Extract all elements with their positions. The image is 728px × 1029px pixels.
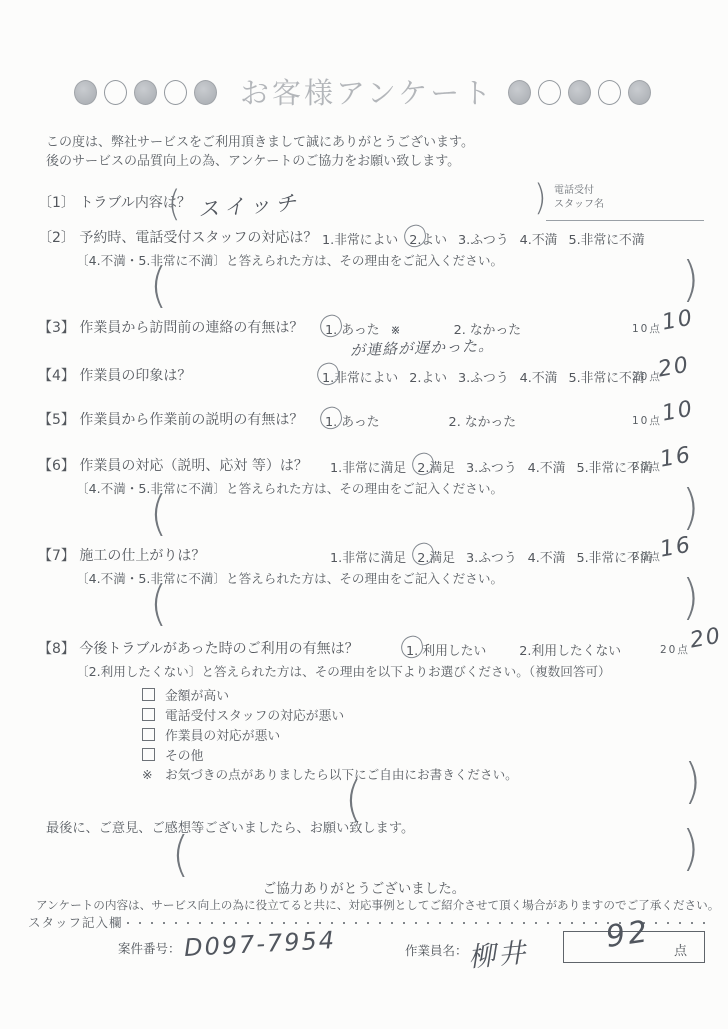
intro-line2: 後のサービスの品質向上の為、アンケートのご協力をお願い致します。 xyxy=(46,152,474,171)
q6-points-label: 20点 xyxy=(632,459,662,474)
q8-checkbox-row-4: その他 xyxy=(142,744,203,764)
q5-option-2: 2. なかった xyxy=(449,415,516,430)
dot-outline-icon xyxy=(598,80,621,105)
checkbox-icon xyxy=(142,748,155,761)
staff-name-line xyxy=(546,206,704,221)
q7-answer-open-paren: ( xyxy=(150,580,167,628)
q4-option-4: 4.不満 xyxy=(520,371,558,386)
dot-outline-icon xyxy=(104,80,127,105)
q7-text: 施工の仕上がりは？ xyxy=(79,548,205,564)
score-unit-label: 点 xyxy=(674,940,687,959)
q5-option-1-circled: 1. あった xyxy=(325,411,380,430)
disclaimer-text: アンケートの内容は、サービス向上の為に役立てると共に、対応事例としてご紹介させて… xyxy=(36,897,719,913)
q2-answer-open-paren: ( xyxy=(150,262,167,310)
q6-score-handwritten: 16 xyxy=(658,442,694,472)
worker-name-handwritten: 柳井 xyxy=(466,930,529,974)
q2-option-2-circled: 2.よい xyxy=(409,229,447,248)
q6-text: 作業員の対応（説明、応対 等）は？ xyxy=(79,458,307,474)
q4-options: 1.非常によい2.よい3.ふつう4.不満5.非常に不満 xyxy=(322,367,656,386)
staff-section-label: スタッフ記入欄 xyxy=(28,915,123,930)
checkbox-icon xyxy=(142,728,155,741)
q5-options: 1. あった2. なかった xyxy=(325,411,527,430)
q6-label: 【6】 作業員の対応（説明、応対 等）は？ xyxy=(38,455,308,475)
q8-number: 【8】 xyxy=(38,641,75,657)
q3-label: 【3】 作業員から訪問前の連絡の有無は？ xyxy=(38,317,303,337)
q3-number: 【3】 xyxy=(38,320,75,336)
dot-filled-icon xyxy=(74,80,97,105)
thanks-text: ご協力ありがとうございました。 xyxy=(0,877,728,897)
intro-line1: この度は、弊社サービスをご利用頂きまして誠にありがとうございます。 xyxy=(46,133,474,152)
q4-text: 作業員の印象は？ xyxy=(79,368,191,384)
q8-option-1-circled: 1. 利用したい xyxy=(406,640,486,659)
dot-filled-icon xyxy=(134,80,157,105)
q6-number: 【6】 xyxy=(38,458,75,474)
final-answer-close-paren: ) xyxy=(682,825,699,873)
q3-score-handwritten: 10 xyxy=(660,305,696,335)
q4-label: 【4】 作業員の印象は？ xyxy=(38,365,191,385)
q8-checkbox-label-2: 電話受付スタッフの対応が悪い xyxy=(165,709,344,724)
q3-options: 1. あった※2. なかった xyxy=(325,319,532,338)
intro-text: この度は、弊社サービスをご利用頂きまして誠にありがとうございます。 後のサービス… xyxy=(46,133,474,171)
q2-text: 予約時、電話受付スタッフの対応は？ xyxy=(79,230,317,246)
dot-filled-icon xyxy=(508,80,531,105)
case-number-label: 案件番号： xyxy=(118,939,181,957)
q6-option-3: 3.ふつう xyxy=(466,461,517,476)
survey-sheet: お客様アンケート この度は、弊社サービスをご利用頂きまして誠にありがとうございま… xyxy=(0,0,728,1029)
q8-points-label: 20点 xyxy=(660,642,690,657)
q8-checkbox-row-3: 作業員の対応が悪い xyxy=(142,724,280,744)
q6-option-4: 4.不満 xyxy=(528,461,566,476)
q7-answer-close-paren: ) xyxy=(682,574,699,622)
phone-reception-label: 電話受付 xyxy=(554,184,604,198)
q8-checkbox-label-4: その他 xyxy=(165,749,203,764)
q2-reason-note: 〔4.不満・5.非常に不満〕と答えられた方は、その理由をご記入ください。 xyxy=(76,250,503,269)
q8-score-handwritten: 20 xyxy=(688,623,724,653)
dot-outline-icon xyxy=(538,80,561,105)
q8-checkbox-row-1: 金額が高い xyxy=(142,684,229,704)
q6-reason-note: 〔4.不満・5.非常に不満〕と答えられた方は、その理由をご記入ください。 xyxy=(76,478,503,497)
q5-label: 【5】 作業員から作業前の説明の有無は？ xyxy=(38,409,303,429)
q7-reason-note: 〔4.不満・5.非常に不満〕と答えられた方は、その理由をご記入ください。 xyxy=(76,568,503,587)
q4-points-label: 20点 xyxy=(632,369,662,384)
dot-filled-icon xyxy=(194,80,217,105)
checkbox-icon xyxy=(142,688,155,701)
q2-option-1: 1.非常によい xyxy=(322,233,398,248)
q3-text: 作業員から訪問前の連絡の有無は？ xyxy=(79,320,303,336)
q2-answer-close-paren: ) xyxy=(682,256,699,304)
case-number-handwritten: D097-7954 xyxy=(183,926,336,962)
q6-answer-open-paren: ( xyxy=(150,490,167,538)
worker-name-label: 作業員名： xyxy=(405,941,468,959)
q6-options: 1.非常に満足2.満足3.ふつう4.不満5.非常に不満 xyxy=(330,457,664,476)
q3-points-label: 10点 xyxy=(632,321,662,336)
q4-option-2: 2.よい xyxy=(409,371,447,386)
q6-answer-close-paren: ) xyxy=(682,484,699,532)
q7-option-1: 1.非常に満足 xyxy=(330,551,406,566)
decor-dots-right xyxy=(508,80,651,105)
q5-points-label: 10点 xyxy=(632,413,662,428)
q8-reason-note: 〔2.利用したくない〕と答えられた方は、その理由を以下よりお選びください。（複数… xyxy=(76,661,611,680)
q1-side-paren: ) xyxy=(534,180,546,215)
q1-open-paren: ( xyxy=(168,186,180,221)
q3-option-1-circled: 1. あった xyxy=(325,319,380,338)
page-title: お客様アンケート xyxy=(240,71,494,112)
final-answer-open-paren: ( xyxy=(172,831,189,879)
q6-option-2-circled: 2.満足 xyxy=(417,457,455,476)
q7-number: 【7】 xyxy=(38,548,75,564)
q7-label: 【7】 施工の仕上がりは？ xyxy=(38,545,205,565)
q4-option-1-circled: 1.非常によい xyxy=(322,367,398,386)
q7-option-2-circled: 2.満足 xyxy=(417,547,455,566)
q8-answer-close-paren: ) xyxy=(684,758,701,806)
checkbox-icon xyxy=(142,708,155,721)
q7-option-3: 3.ふつう xyxy=(466,551,517,566)
q2-option-5: 5.非常に不満 xyxy=(568,233,644,248)
q8-text: 今後トラブルがあった時のご利用の有無は？ xyxy=(79,641,358,657)
total-score-handwritten: 92 xyxy=(604,914,653,955)
q1-number: 〔1〕 xyxy=(38,195,75,211)
q2-label: 〔2〕 予約時、電話受付スタッフの対応は？ xyxy=(38,227,317,247)
q7-option-4: 4.不満 xyxy=(528,551,566,566)
q5-score-handwritten: 10 xyxy=(660,396,696,426)
q2-option-3: 3.ふつう xyxy=(458,233,509,248)
q8-free-note: ※ お気づきの点がありましたら以下にご自由にお書きください。 xyxy=(142,764,518,783)
q4-option-3: 3.ふつう xyxy=(458,371,509,386)
q4-score-handwritten: 20 xyxy=(656,352,692,382)
q8-checkbox-label-1: 金額が高い xyxy=(165,689,229,704)
q8-option-2: 2.利用したくない xyxy=(519,644,621,659)
q7-points-label: 20点 xyxy=(632,549,662,564)
q7-score-handwritten: 16 xyxy=(658,532,694,562)
q2-option-4: 4.不満 xyxy=(520,233,558,248)
q5-text: 作業員から作業前の説明の有無は？ xyxy=(79,412,303,428)
dot-outline-icon xyxy=(164,80,187,105)
q8-label: 【8】 今後トラブルがあった時のご利用の有無は？ xyxy=(38,638,359,658)
dot-filled-icon xyxy=(568,80,591,105)
q8-options: 1. 利用したい2.利用したくない xyxy=(406,640,632,659)
q5-number: 【5】 xyxy=(38,412,75,428)
final-request-text: 最後に、ご意見、ご感想等ございましたら、お願い致します。 xyxy=(46,817,414,836)
q1-handwritten-answer: スイッチ xyxy=(197,186,302,223)
dot-filled-icon xyxy=(628,80,651,105)
q2-options: 1.非常によい2.よい3.ふつう4.不満5.非常に不満 xyxy=(322,229,656,248)
q3-handwritten-mark: ※ xyxy=(391,323,401,337)
q4-number: 【4】 xyxy=(38,368,75,384)
q8-checkbox-label-3: 作業員の対応が悪い xyxy=(165,729,280,744)
q3-handwritten-note: が連絡が遅かった。 xyxy=(350,334,495,360)
q8-checkbox-row-2: 電話受付スタッフの対応が悪い xyxy=(142,704,344,724)
decor-dots-left xyxy=(74,80,217,105)
q7-options: 1.非常に満足2.満足3.ふつう4.不満5.非常に不満 xyxy=(330,547,664,566)
q6-option-1: 1.非常に満足 xyxy=(330,461,406,476)
q2-number: 〔2〕 xyxy=(38,230,75,246)
